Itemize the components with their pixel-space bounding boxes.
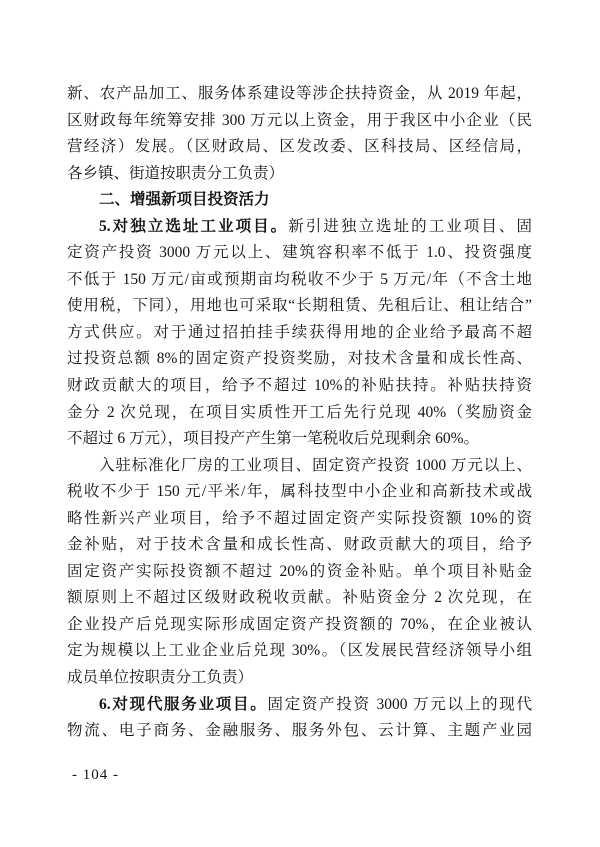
text-line: 各乡镇、街道按职责分工负责） (67, 161, 532, 188)
section-heading: 二、增强新项目投资活力 (67, 187, 532, 214)
text-line: 企业投产后兑现实际形成固定资产投资额的 70%，在企业被认 (67, 612, 532, 639)
text-line: 5.对独立选址工业项目。新引进独立选址的工业项目、固 (67, 214, 532, 241)
text-line: 物流、电子商务、金融服务、服务外包、云计算、主题产业园 (67, 718, 532, 745)
text-line: 略性新兴产业项目，给予不超过固定资产实际投资额 10%的资 (67, 506, 532, 533)
text-line: 营经济）发展。（区财政局、区发改委、区科技局、区经信局， (67, 134, 532, 161)
text-line: 6.对现代服务业项目。固定资产投资 3000 万元以上的现代 (67, 692, 532, 719)
text-line: 金分 2 次兑现，在项目实质性开工后先行兑现 40%（奖励资金 (67, 400, 532, 427)
text-line: 新、农产品加工、服务体系建设等涉企扶持资金，从 2019 年起， (67, 81, 532, 108)
text-line: 过投资总额 8%的固定资产投资奖励，对技术含量和成长性高、 (67, 346, 532, 373)
text-line: 财政贡献大的项目，给予不超过 10%的补贴扶持。补贴扶持资 (67, 373, 532, 400)
text-line: 不低于 150 万元/亩或预期亩均税收不少于 5 万元/年（不含土地 (67, 267, 532, 294)
text-line: 额原则上不超过区级财政税收贡献。补贴资金分 2 次兑现，在 (67, 585, 532, 612)
page-number: - 104 - (72, 764, 119, 786)
text-line: 方式供应。对于通过招拍挂手续获得用地的企业给予最高不超 (67, 320, 532, 347)
text-line: 税收不少于 150 元/平米/年，属科技型中小企业和高新技术或战 (67, 479, 532, 506)
text-line: 区财政每年统筹安排 300 万元以上资金，用于我区中小企业（民 (67, 108, 532, 135)
text-line: 定资产投资 3000 万元以上、建筑容积率不低于 1.0、投资强度 (67, 240, 532, 267)
text-line: 成员单位按职责分工负责） (67, 665, 532, 692)
text-line: 固定资产实际投资额不超过 20%的资金补贴。单个项目补贴金 (67, 559, 532, 586)
text-line: 金补贴，对于技术含量和成长性高、财政贡献大的项目，给予 (67, 532, 532, 559)
text-line: 使用税，下同），用地也可采取“长期租赁、先租后让、租让结合” (67, 293, 532, 320)
document-page: 新、农产品加工、服务体系建设等涉企扶持资金，从 2019 年起，区财政每年统筹安… (0, 0, 600, 847)
text-line: 入驻标准化厂房的工业项目、固定资产投资 1000 万元以上、 (67, 453, 532, 480)
text-line: 定为规模以上工业企业后兑现 30%。（区发展民营经济领导小组 (67, 638, 532, 665)
paragraph-number-lead: 6.对现代服务业项目。 (99, 696, 267, 713)
paragraph-number-lead: 5.对独立选址工业项目。 (99, 218, 288, 235)
text-line: 不超过 6 万元），项目投产产生第一笔税收后兑现剩余 60%。 (67, 426, 532, 453)
document-body: 新、农产品加工、服务体系建设等涉企扶持资金，从 2019 年起，区财政每年统筹安… (67, 81, 532, 745)
